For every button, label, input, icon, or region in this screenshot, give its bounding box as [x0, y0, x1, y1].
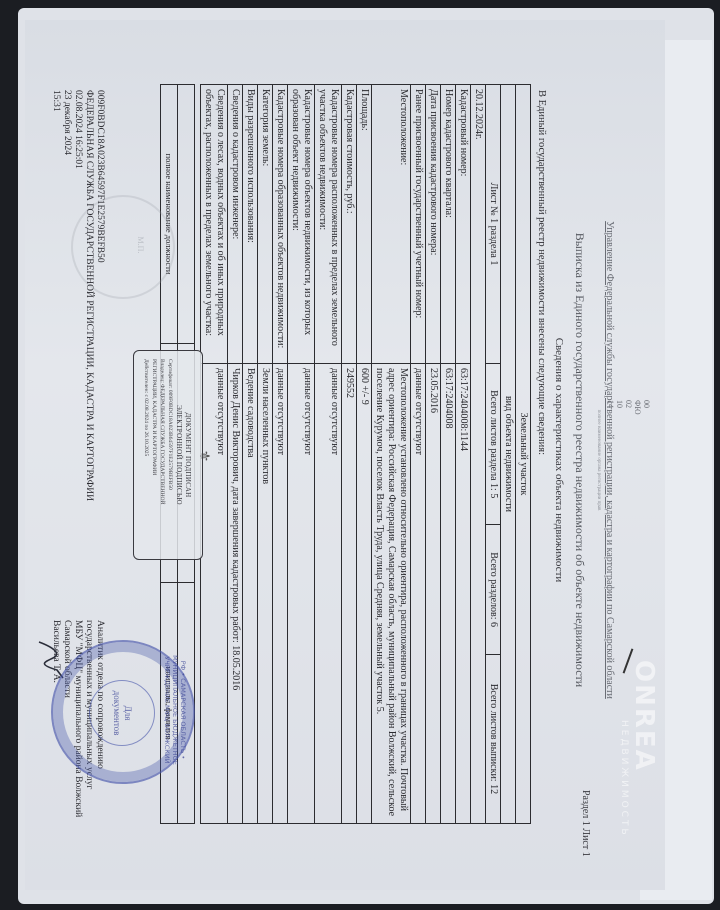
row-label: Кадастровые номера образованных объектов… [273, 85, 288, 364]
extract-date: 20.12.2024г. [471, 85, 486, 824]
object-type: Земельный участок [516, 85, 531, 824]
watermark-brand: ONREA [629, 660, 659, 772]
table-row: Кадастровый номер:63:17:2404008:1144 [456, 85, 471, 824]
row-label: Ранее присвоенный государственный учетны… [411, 85, 426, 364]
table-row: Кадастровая стоимость, руб.:249552 [342, 85, 357, 824]
row-value: Земли населенных пунктов [258, 364, 273, 824]
intro-text: В Единый государственный реестр недвижим… [536, 90, 547, 455]
watermark-sub: НЕДВИЖИМОСТЬ [619, 720, 629, 838]
faint-stamp-label: М.П. [136, 225, 145, 265]
row-value: 63:17:2404008 [441, 364, 456, 824]
row-value: Ведение садоводства [243, 364, 258, 824]
emblem-icon: ⚜ [194, 447, 212, 465]
table-row: Кадастровые номера образованных объектов… [273, 85, 288, 824]
table-row: Кадастровые номера расположенных в преде… [315, 85, 342, 824]
row-label: Сведения о лесах, водных объектах и об и… [201, 85, 228, 364]
row-label: Дата присвоения кадастрового номера: [426, 85, 441, 364]
registry-table: Земельный участок вид объекта недвижимос… [200, 84, 531, 824]
document-title: Выписка из Единого государственного реес… [572, 120, 587, 800]
total-sections: Всего разделов: 6 [486, 525, 501, 654]
row-label: Виды разрешенного использования: [243, 85, 258, 364]
row-label: Кадастровая стоимость, руб.: [342, 85, 357, 364]
document-subtitle: Сведения о характеристиках объекта недви… [553, 140, 565, 780]
object-type-caption: вид объекта недвижимости [501, 85, 516, 824]
row-value: 600 +/- 9 [357, 364, 372, 824]
table-row: Сведения о кадастровом инженере:Чирков Д… [228, 85, 243, 824]
electronic-signature-box: ⚜ ДОКУМЕНТ ПОДПИСАН ЭЛЕКТРОННОЙ ПОДПИСЬЮ… [133, 350, 203, 560]
row-value: Местоположение установлено относительно … [372, 364, 411, 824]
row-value: данные отсутствуют [201, 364, 228, 824]
section-ref: Раздел 1 Лист 1 [580, 790, 591, 857]
row-value: 249552 [342, 364, 357, 824]
row-value: Чирков Денис Викторович, дата завершения… [228, 364, 243, 824]
table-row: Категория земель:Земли населенных пункто… [258, 85, 273, 824]
row-label: Сведения о кадастровом инженере: [228, 85, 243, 364]
row-value: 23.05.2016 [426, 364, 441, 824]
row-value: данные отсутствуют [273, 364, 288, 824]
table-row: Номер кадастрового квартала:63:17:240400… [441, 85, 456, 824]
sheets-in-section: Всего листов раздела 1: 5 [486, 364, 501, 525]
table-row: Площадь:600 +/- 9 [357, 85, 372, 824]
row-label: Местоположение: [372, 85, 411, 364]
certificate-info: 009F0BDC18A023B64597F1E2579BEFB50 ФЕДЕРА… [50, 90, 105, 501]
total-sheets: Всего листов выписки: 12 [486, 654, 501, 823]
row-label: Площадь: [357, 85, 372, 364]
row-value: данные отсутствуют [315, 364, 342, 824]
table-row: Виды разрешенного использования:Ведение … [243, 85, 258, 824]
table-row: Ранее присвоенный государственный учетны… [411, 85, 426, 824]
row-label: Кадастровый номер: [456, 85, 471, 364]
table-row: Местоположение:Местоположение установлен… [372, 85, 411, 824]
sheet-number: Лист № 1 раздела 1 [486, 85, 501, 364]
row-label: Кадастровые номера объектов недвижимости… [288, 85, 315, 364]
row-label: Номер кадастрового квартала: [441, 85, 456, 364]
table-row: Кадастровые номера объектов недвижимости… [288, 85, 315, 824]
mfc-stamp: РФ • САМАРСКАЯ ОБЛАСТЬ • МУНИЦИПАЛЬНОЕ Б… [51, 640, 195, 784]
row-label: Категория земель: [258, 85, 273, 364]
agency-name: Управление Федеральной службы государств… [604, 210, 615, 710]
row-value: 63:17:2404008:1144 [456, 364, 471, 824]
agency-caption: полное наименование органа регистрации п… [596, 320, 601, 600]
document-page: ONREA НЕДВИЖИМОСТЬ 00 ФЮ 02 10 14 Управл… [25, 20, 665, 890]
row-value: данные отсутствуют [288, 364, 315, 824]
row-label: Кадастровые номера расположенных в преде… [315, 85, 342, 364]
registry-rows: Кадастровый номер:63:17:2404008:1144Номе… [201, 85, 471, 824]
row-value: данные отсутствуют [411, 364, 426, 824]
table-row: Дата присвоения кадастрового номера:23.0… [426, 85, 441, 824]
